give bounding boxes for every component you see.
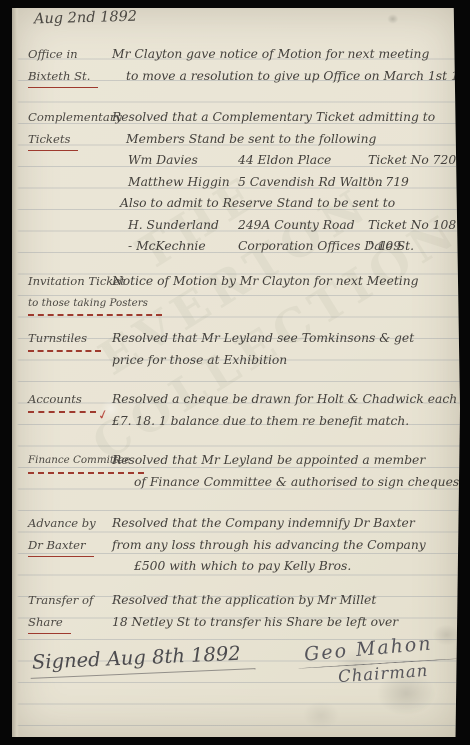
- margin-heading-line: Bixteth St.: [28, 66, 112, 89]
- margin-heading-column: Accounts ✓: [28, 389, 112, 432]
- minute-text-line: from any loss through his advancing the …: [112, 535, 452, 557]
- minute-text: Resolved that Mr Leyland see Tomkinsons …: [112, 328, 452, 371]
- ticket-list-row: Matthew Higgin 5 Cavendish Rd Walton " .…: [128, 172, 460, 194]
- minute-text-line: Mr Clayton gave notice of Motion for nex…: [112, 44, 470, 66]
- minute-text-line: £500 with which to pay Kelly Bros.: [112, 556, 452, 578]
- minute-text-line: Resolved that a Complementary Ticket adm…: [112, 107, 460, 129]
- margin-heading-column: Complementary Tickets: [28, 107, 112, 258]
- signed-date-line: Signed Aug 8th 1892: [29, 641, 255, 679]
- minute-text-line: 18 Netley St to transfer his Share be le…: [112, 612, 452, 634]
- margin-heading-column: Advance by Dr Baxter: [28, 513, 112, 578]
- margin-heading-column: Office in Bixteth St.: [28, 44, 112, 88]
- minute-text-line: Resolved that the application by Mr Mill…: [112, 590, 452, 612]
- ticket-list-row: - McKechnie Corporation Offices Dale St.…: [128, 236, 460, 258]
- margin-heading-line: Tickets: [28, 129, 112, 152]
- recipient-address: 5 Cavendish Rd Walton: [238, 172, 368, 194]
- minute-text: Resolved that Mr Leyland be appointed a …: [112, 450, 459, 493]
- margin-heading-column: Turnstiles: [28, 328, 112, 371]
- recipient-name: Matthew Higgin: [128, 172, 238, 194]
- margin-heading-column: Transfer of Share: [28, 590, 112, 634]
- minute-entry-advance-dr-baxter: Advance by Dr Baxter Resolved that the C…: [28, 513, 452, 578]
- scanned-minute-book-photo: THE EVERTON COLLECTION Aug 2nd 1892 Offi…: [0, 0, 470, 745]
- minute-entry-office: Office in Bixteth St. Mr Clayton gave no…: [28, 44, 452, 88]
- margin-heading-line: to those taking Posters: [28, 293, 112, 317]
- margin-heading-line: Complementary: [28, 107, 112, 129]
- margin-heading-line: Dr Baxter: [28, 535, 112, 558]
- minute-entry-finance-committee: Finance Committee Resolved that Mr Leyla…: [28, 450, 452, 493]
- recipient-name: - McKechnie: [128, 236, 238, 258]
- minute-text: Resolved a cheque be drawn for Holt & Ch…: [112, 389, 457, 432]
- recipient-address: 249A County Road: [238, 215, 368, 237]
- minute-text: Resolved that the Company indemnify Dr B…: [112, 513, 452, 578]
- margin-heading-line: Turnstiles: [28, 328, 112, 352]
- recipient-address: Corporation Offices Dale St.: [238, 236, 368, 258]
- minute-entry-accounts: Accounts ✓ Resolved a cheque be drawn fo…: [28, 389, 452, 432]
- recipient-address: 44 Eldon Place: [238, 150, 368, 172]
- minute-text: Notice of Motion by Mr Clayton for next …: [112, 271, 452, 316]
- minute-text-line: Resolved a cheque be drawn for Holt & Ch…: [112, 389, 457, 411]
- minute-text-line: to move a resolution to give up Office o…: [112, 66, 470, 88]
- margin-heading-line: Finance Committee: [28, 450, 112, 474]
- minute-text-line: price for those at Exhibition: [112, 350, 452, 372]
- minute-text-line: Notice of Motion by Mr Clayton for next …: [112, 271, 452, 293]
- minute-text-line: Also to admit to Reserve Stand to be sen…: [120, 193, 460, 215]
- minute-text: Resolved that the application by Mr Mill…: [112, 590, 452, 634]
- minute-entry-turnstiles: Turnstiles Resolved that Mr Leyland see …: [28, 328, 452, 371]
- minute-text-line: £7. 18. 1 balance due to them re benefit…: [112, 411, 457, 433]
- margin-heading-line: Office in: [28, 44, 112, 66]
- minute-text-line: Resolved that Mr Leyland see Tomkinsons …: [112, 328, 452, 350]
- minute-text-line: Resolved that Mr Leyland be appointed a …: [112, 450, 459, 472]
- ticket-list-row: Wm Davies 44 Eldon Place Ticket No 720.: [128, 150, 460, 172]
- minute-text-line: Members Stand be sent to the following: [112, 129, 460, 151]
- ticket-number: " . 719: [368, 172, 460, 194]
- ticket-number: " 109: [368, 236, 460, 258]
- minute-entry-share-transfer: Transfer of Share Resolved that the appl…: [28, 590, 452, 634]
- ticket-number: Ticket No 108: [368, 215, 460, 237]
- ticket-number: Ticket No 720.: [368, 150, 460, 172]
- minute-text-line: Resolved that the Company indemnify Dr B…: [112, 513, 452, 535]
- page-binding-edge: [12, 8, 19, 737]
- margin-heading-column: Invitation Ticket to those taking Poster…: [28, 271, 112, 316]
- minute-entry-complimentary-tickets: Complementary Tickets Resolved that a Co…: [28, 107, 452, 258]
- minute-text-line: of Finance Committee & authorised to sig…: [112, 472, 459, 494]
- minute-text: Resolved that a Complementary Ticket adm…: [112, 107, 460, 258]
- minute-text: Mr Clayton gave notice of Motion for nex…: [112, 44, 470, 88]
- ledger-page: THE EVERTON COLLECTION Aug 2nd 1892 Offi…: [12, 8, 460, 737]
- margin-heading-line: Share: [28, 612, 112, 635]
- entry-date-heading: Aug 2nd 1892: [34, 9, 137, 28]
- margin-heading-line: Advance by: [28, 513, 112, 535]
- margin-heading-line: Invitation Ticket: [28, 271, 112, 293]
- minute-entry-invitation-ticket: Invitation Ticket to those taking Poster…: [28, 271, 452, 316]
- margin-heading-line: Transfer of: [28, 590, 112, 612]
- recipient-name: Wm Davies: [128, 150, 238, 172]
- margin-heading-column: Finance Committee: [28, 450, 112, 493]
- recipient-name: H. Sunderland: [128, 215, 238, 237]
- ticket-list-row: H. Sunderland 249A County Road Ticket No…: [128, 215, 460, 237]
